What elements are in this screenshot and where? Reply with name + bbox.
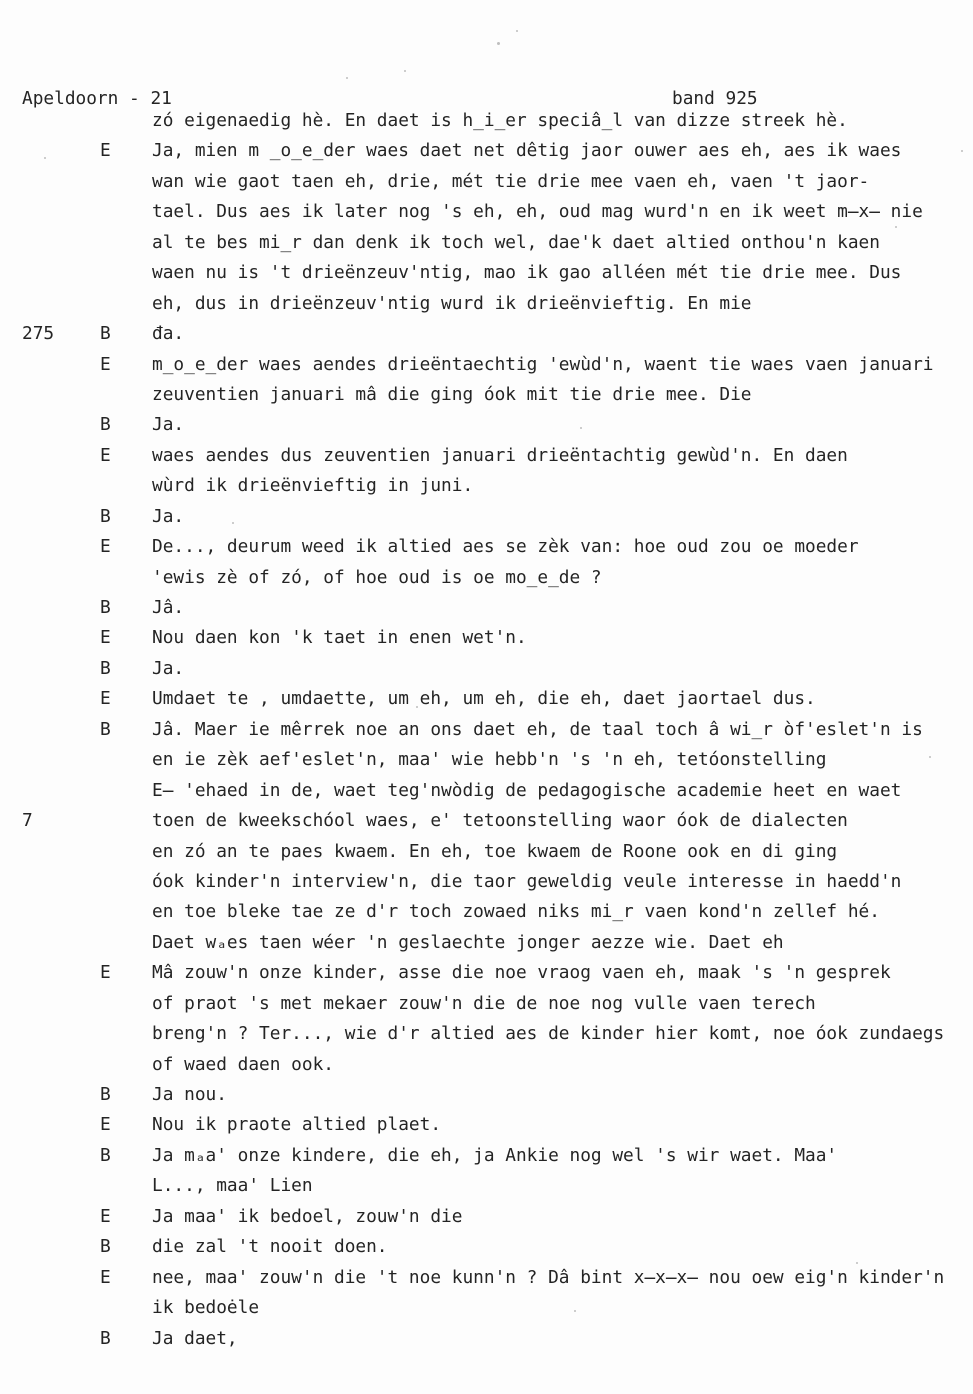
- line-text: De..., deurum weed ik altied aes se zèk …: [152, 532, 973, 562]
- speaker-label: [100, 1171, 152, 1201]
- margin-line-number: [0, 228, 100, 258]
- transcript-line: ik bedoėle: [0, 1293, 973, 1323]
- transcript-line: wùrd ik drieënvieftig in juni.: [0, 471, 973, 501]
- transcript-body: zó eigenaedig hè. En daet is h̲i̲er spec…: [0, 106, 973, 1354]
- line-text: 'ewis zè of zó, of hoe oud is oe mo̲e̲de…: [152, 563, 973, 593]
- margin-line-number: [0, 289, 100, 319]
- transcript-line: E De..., deurum weed ik altied aes se zè…: [0, 532, 973, 562]
- margin-line-number: [0, 1141, 100, 1171]
- margin-line-number: [0, 167, 100, 197]
- speaker-label: [100, 258, 152, 288]
- line-text: waes aendes dus zeuventien januari drieë…: [152, 441, 973, 471]
- line-text: E̶ 'ehaed in de, waet teg'nwòdig de peda…: [152, 776, 973, 806]
- scan-speckle: [574, 1310, 576, 1312]
- transcript-line: of waed daen ook.: [0, 1050, 973, 1080]
- transcript-line: en zó an te paes kwaem. En eh, toe kwaem…: [0, 837, 973, 867]
- transcript-line: al te bes mi̲r dan denk ik toch wel, dae…: [0, 228, 973, 258]
- margin-line-number: [0, 1080, 100, 1110]
- margin-line-number: [0, 258, 100, 288]
- margin-line-number: [0, 350, 100, 380]
- transcript-line: zeuventien januari mâ die ging óok mit t…: [0, 380, 973, 410]
- speaker-label: [100, 106, 152, 136]
- line-text: m̲o̲e̲der waes aendes drieëntaechtig 'ew…: [152, 350, 973, 380]
- transcript-line: B Ja mₐa' onze kindere, die eh, ja Ankie…: [0, 1141, 973, 1171]
- line-text: zeuventien januari mâ die ging óok mit t…: [152, 380, 973, 410]
- scan-speckle: [497, 42, 500, 45]
- margin-line-number: [0, 563, 100, 593]
- margin-line-number: [0, 532, 100, 562]
- speaker-label: E: [100, 1110, 152, 1140]
- speaker-label: B: [100, 410, 152, 440]
- line-text: ik bedoėle: [152, 1293, 973, 1323]
- line-text: tael. Dus aes ik later nog 's eh, eh, ou…: [152, 197, 973, 227]
- line-text: zó eigenaedig hè. En daet is h̲i̲er spec…: [152, 106, 973, 136]
- margin-line-number: [0, 1293, 100, 1323]
- speaker-label: E: [100, 441, 152, 471]
- line-text: Ja.: [152, 410, 973, 440]
- margin-line-number: [0, 623, 100, 653]
- speaker-label: E: [100, 623, 152, 653]
- speaker-label: [100, 1050, 152, 1080]
- line-text: óok kinder'n interview'n, die taor gewel…: [152, 867, 973, 897]
- transcript-line: eh, dus in drieënzeuv'ntig wurd ik drieë…: [0, 289, 973, 319]
- speaker-label: [100, 289, 152, 319]
- speaker-label: [100, 867, 152, 897]
- transcript-line: E Umdaet te , umdaette, um eh, um eh, di…: [0, 684, 973, 714]
- line-text: L..., maa' Lien: [152, 1171, 973, 1201]
- scan-speckle: [856, 1262, 858, 1264]
- speaker-label: [100, 928, 152, 958]
- transcript-line: B Ja daet,: [0, 1324, 973, 1354]
- margin-line-number: [0, 106, 100, 136]
- speaker-label: E: [100, 532, 152, 562]
- margin-line-number: [0, 410, 100, 440]
- scan-speckle: [232, 522, 234, 524]
- line-text: Mâ zouw'n onze kinder, asse die noe vrao…: [152, 958, 973, 988]
- speaker-label: [100, 837, 152, 867]
- margin-line-number: 275: [0, 319, 100, 349]
- line-text: Jâ. Maer ie mêrrek noe an ons daet eh, d…: [152, 715, 973, 745]
- transcript-line: E m̲o̲e̲der waes aendes drieëntaechtig '…: [0, 350, 973, 380]
- margin-line-number: [0, 1171, 100, 1201]
- scan-speckle: [516, 30, 518, 32]
- speaker-label: [100, 471, 152, 501]
- margin-line-number: [0, 1232, 100, 1262]
- transcript-line: B Ja nou.: [0, 1080, 973, 1110]
- transcript-line: E nee, maa' zouw'n die 't noe kunn'n ? D…: [0, 1263, 973, 1293]
- speaker-label: E: [100, 684, 152, 714]
- transcript-line: 275 B đa.: [0, 319, 973, 349]
- speaker-label: [100, 380, 152, 410]
- scan-speckle: [580, 427, 582, 429]
- speaker-label: B: [100, 1141, 152, 1171]
- line-text: Ja.: [152, 654, 973, 684]
- line-text: Nou daen kon 'k taet in enen wet'n.: [152, 623, 973, 653]
- line-text: nee, maa' zouw'n die 't noe kunn'n ? Dâ …: [152, 1263, 973, 1293]
- margin-line-number: [0, 441, 100, 471]
- margin-line-number: [0, 989, 100, 1019]
- margin-line-number: [0, 136, 100, 166]
- transcript-line: 'ewis zè of zó, of hoe oud is oe mo̲e̲de…: [0, 563, 973, 593]
- transcript-line: en toe bleke tae ze d'r toch zowaed niks…: [0, 897, 973, 927]
- line-text: Ja daet,: [152, 1324, 973, 1354]
- speaker-label: B: [100, 593, 152, 623]
- transcript-line: B Jâ. Maer ie mêrrek noe an ons daet eh,…: [0, 715, 973, 745]
- transcript-line: waen nu is 't drieënzeuv'ntig, mao ik ga…: [0, 258, 973, 288]
- margin-line-number: [0, 1050, 100, 1080]
- speaker-label: [100, 1019, 152, 1049]
- speaker-label: [100, 228, 152, 258]
- margin-line-number: [0, 502, 100, 532]
- margin-line-number: [0, 897, 100, 927]
- speaker-label: B: [100, 1080, 152, 1110]
- margin-line-number: [0, 1263, 100, 1293]
- speaker-label: E: [100, 350, 152, 380]
- line-text: eh, dus in drieënzeuv'ntig wurd ik drieë…: [152, 289, 973, 319]
- transcript-line: breng'n ? Ter..., wie d'r altied aes de …: [0, 1019, 973, 1049]
- line-text: Umdaet te , umdaette, um eh, um eh, die …: [152, 684, 973, 714]
- transcript-line: B Ja.: [0, 410, 973, 440]
- line-text: waen nu is 't drieënzeuv'ntig, mao ik ga…: [152, 258, 973, 288]
- transcript-line: Daet wₐes taen wéer 'n geslaechte jonger…: [0, 928, 973, 958]
- margin-line-number: [0, 745, 100, 775]
- speaker-label: [100, 167, 152, 197]
- margin-line-number: [0, 837, 100, 867]
- margin-line-number: [0, 928, 100, 958]
- line-text: Ja, mien m ̲o̲e̲der waes daet net dêtig …: [152, 136, 973, 166]
- margin-line-number: [0, 1110, 100, 1140]
- transcript-line: B Jâ.: [0, 593, 973, 623]
- line-text: en ie zèk aef'eslet'n, maa' wie hebb'n '…: [152, 745, 973, 775]
- transcript-line: zó eigenaedig hè. En daet is h̲i̲er spec…: [0, 106, 973, 136]
- speaker-label: E: [100, 136, 152, 166]
- scan-speckle: [961, 150, 963, 152]
- transcript-line: en ie zèk aef'eslet'n, maa' wie hebb'n '…: [0, 745, 973, 775]
- speaker-label: B: [100, 1324, 152, 1354]
- transcript-line: 7 toen de kweekschóol waes, e' tetoonste…: [0, 806, 973, 836]
- transcript-line: E Mâ zouw'n onze kinder, asse die noe vr…: [0, 958, 973, 988]
- speaker-label: E: [100, 1202, 152, 1232]
- line-text: of waed daen ook.: [152, 1050, 973, 1080]
- margin-line-number: [0, 867, 100, 897]
- speaker-label: E: [100, 1263, 152, 1293]
- transcript-line: B Ja.: [0, 654, 973, 684]
- line-text: Ja mₐa' onze kindere, die eh, ja Ankie n…: [152, 1141, 973, 1171]
- scan-speckle: [895, 226, 897, 228]
- margin-line-number: [0, 654, 100, 684]
- transcript-line: wan wie gaot taen eh, drie, mét tie drie…: [0, 167, 973, 197]
- speaker-label: [100, 563, 152, 593]
- transcript-line: E Ja, mien m ̲o̲e̲der waes daet net dêti…: [0, 136, 973, 166]
- margin-line-number: [0, 593, 100, 623]
- line-text: en zó an te paes kwaem. En eh, toe kwaem…: [152, 837, 973, 867]
- margin-line-number: [0, 1324, 100, 1354]
- line-text: Ja maa' ik bedoel, zouw'n die: [152, 1202, 973, 1232]
- line-text: al te bes mi̲r dan denk ik toch wel, dae…: [152, 228, 973, 258]
- scan-speckle: [404, 70, 406, 72]
- speaker-label: [100, 1293, 152, 1323]
- margin-line-number: [0, 380, 100, 410]
- line-text: Nou ik praote altied plaet.: [152, 1110, 973, 1140]
- line-text: breng'n ? Ter..., wie d'r altied aes de …: [152, 1019, 973, 1049]
- scan-speckle: [929, 756, 931, 758]
- line-text: Jâ.: [152, 593, 973, 623]
- transcript-line: tael. Dus aes ik later nog 's eh, eh, ou…: [0, 197, 973, 227]
- line-text: of praot 's met mekaer zouw'n die de noe…: [152, 989, 973, 1019]
- margin-line-number: [0, 197, 100, 227]
- line-text: Ja nou.: [152, 1080, 973, 1110]
- line-text: wùrd ik drieënvieftig in juni.: [152, 471, 973, 501]
- transcript-line: E Nou ik praote altied plaet.: [0, 1110, 973, 1140]
- transcript-line: E waes aendes dus zeuventien januari dri…: [0, 441, 973, 471]
- scan-speckle: [346, 77, 348, 79]
- speaker-label: B: [100, 502, 152, 532]
- margin-line-number: [0, 1019, 100, 1049]
- transcript-line: B Ja.: [0, 502, 973, 532]
- margin-line-number: [0, 958, 100, 988]
- line-text: Ja.: [152, 502, 973, 532]
- speaker-label: [100, 897, 152, 927]
- speaker-label: B: [100, 319, 152, 349]
- transcript-line: L..., maa' Lien: [0, 1171, 973, 1201]
- transcript-line: E̶ 'ehaed in de, waet teg'nwòdig de peda…: [0, 776, 973, 806]
- margin-line-number: [0, 715, 100, 745]
- speaker-label: B: [100, 715, 152, 745]
- transcript-line: óok kinder'n interview'n, die taor gewel…: [0, 867, 973, 897]
- margin-line-number: [0, 471, 100, 501]
- line-text: wan wie gaot taen eh, drie, mét tie drie…: [152, 167, 973, 197]
- margin-line-number: 7: [0, 806, 100, 836]
- scan-speckle: [44, 157, 46, 159]
- margin-line-number: [0, 776, 100, 806]
- line-text: đa.: [152, 319, 973, 349]
- scan-speckle: [416, 706, 418, 708]
- margin-line-number: [0, 1202, 100, 1232]
- speaker-label: E: [100, 958, 152, 988]
- transcript-line: E Nou daen kon 'k taet in enen wet'n.: [0, 623, 973, 653]
- line-text: en toe bleke tae ze d'r toch zowaed niks…: [152, 897, 973, 927]
- transcript-line: E Ja maa' ik bedoel, zouw'n die: [0, 1202, 973, 1232]
- speaker-label: [100, 776, 152, 806]
- line-text: toen de kweekschóol waes, e' tetoonstell…: [152, 806, 973, 836]
- speaker-label: [100, 806, 152, 836]
- transcript-line: B die zal 't nooit doen.: [0, 1232, 973, 1262]
- speaker-label: B: [100, 654, 152, 684]
- line-text: die zal 't nooit doen.: [152, 1232, 973, 1262]
- speaker-label: B: [100, 1232, 152, 1262]
- line-text: Daet wₐes taen wéer 'n geslaechte jonger…: [152, 928, 973, 958]
- speaker-label: [100, 745, 152, 775]
- transcript-line: of praot 's met mekaer zouw'n die de noe…: [0, 989, 973, 1019]
- margin-line-number: [0, 684, 100, 714]
- speaker-label: [100, 197, 152, 227]
- document-page: Apeldoorn - 21 band 925 zó eigenaedig hè…: [0, 0, 973, 1394]
- speaker-label: [100, 989, 152, 1019]
